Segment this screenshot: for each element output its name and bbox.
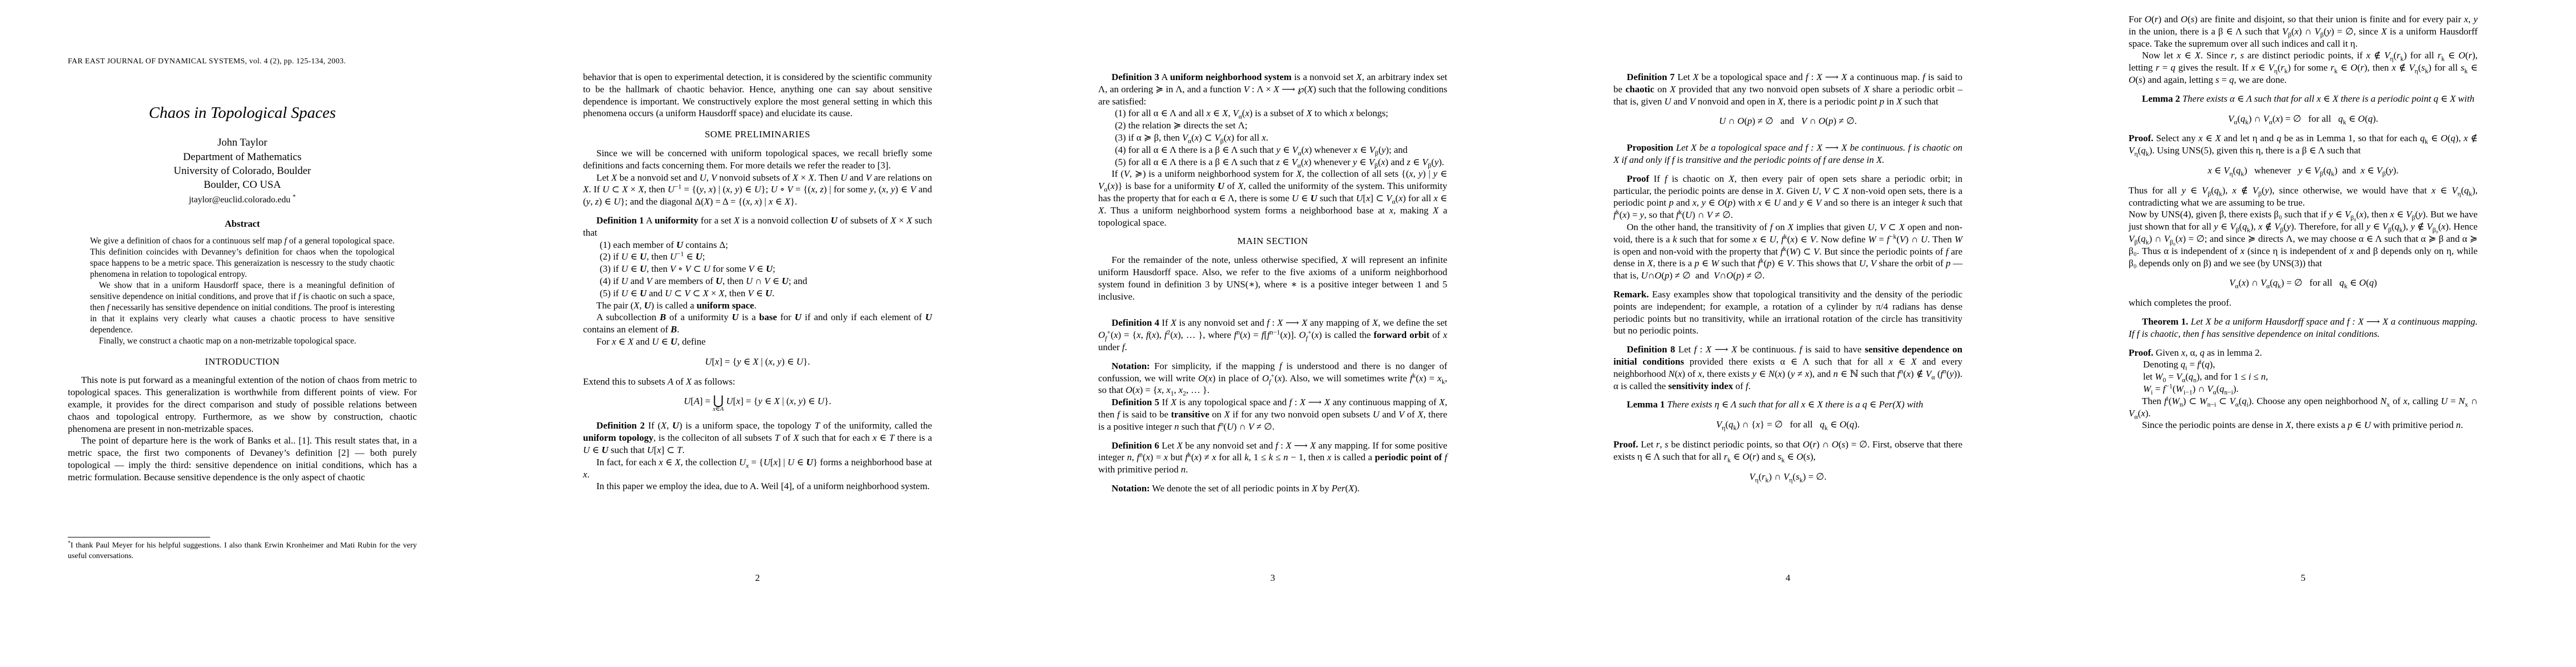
- condition-item: (5) for all α ∈ Λ there is a β ∈ Λ such …: [1098, 156, 1447, 168]
- author-affiliation: University of Colorado, Boulder: [68, 164, 417, 178]
- paragraph: Extend this to subsets A of X as follows…: [583, 376, 932, 388]
- paragraph: For the remainder of the note, unless ot…: [1098, 254, 1447, 302]
- condition-item: (4) if U and V are members of U, then U …: [583, 275, 932, 287]
- text-column: For O(r) and O(s) are finite and disjoin…: [2129, 13, 2478, 431]
- paragraph: Then fi(Wn) ⊂ Wn−i ⊂ Vα(qi). Choose any …: [2129, 395, 2478, 420]
- paragraph: Since we will be concerned with uniform …: [583, 147, 932, 172]
- proof-line: let W0 = Vα(qn), and for 1 ≤ i ≤ n,: [2143, 371, 2478, 383]
- section-heading: MAIN SECTION: [1098, 235, 1447, 247]
- paragraph: For x ∈ X and U ∈ U, define: [583, 336, 932, 348]
- paragraph: Proof. Select any x ∈ X and let η and q …: [2129, 132, 2478, 157]
- display-formula: U[A] = ⋃x∈A U[x] = {y ∈ X | (x, y) ∈ U}.: [583, 395, 932, 412]
- page-number: 4: [1613, 573, 1962, 584]
- journal-header: FAR EAST JOURNAL OF DYNAMICAL SYSTEMS, v…: [68, 56, 417, 68]
- proof-line: Wi = f−1(Wi−1) ∩ Vα(qn−i).: [2143, 383, 2478, 395]
- display-formula: U[x] = {y ∈ X | (x, y) ∈ U}.: [583, 356, 932, 368]
- condition-item: (4) for all α ∈ Λ there is a β ∈ Λ such …: [1098, 144, 1447, 156]
- paragraph: Thus for all y ∈ Vβ(qk), x ∉ Vβ(y), sinc…: [2129, 185, 2478, 209]
- paragraph: Proof. Let r, s be distinct periodic poi…: [1613, 439, 1962, 463]
- paragraph: Proof If f is chaotic on X, then every p…: [1613, 173, 1962, 221]
- paragraph: Theorem 1. Let X be a uniform Hausdorff …: [2129, 316, 2478, 340]
- condition-item: (5) if U ∈ U and U ⊂ V ⊂ X × X, then V ∈…: [583, 287, 932, 300]
- paragraph: Let X be a nonvoid set and U, V nonvoid …: [583, 172, 932, 208]
- paragraph: For O(r) and O(s) are finite and disjoin…: [2129, 13, 2478, 49]
- paragraph: Lemma 1 There exists η ∈ Λ such that for…: [1613, 399, 1962, 411]
- page-number: 3: [1098, 573, 1447, 584]
- page-number: 5: [2129, 573, 2478, 584]
- paragraph: Notation: We denote the set of all perio…: [1098, 482, 1447, 495]
- paragraph: which completes the proof.: [2129, 297, 2478, 309]
- paragraph: Definition 3 A uniform neighborhood syst…: [1098, 71, 1447, 107]
- paragraph: In fact, for each x ∈ X, the collection …: [583, 456, 932, 481]
- page-2: behavior that is open to experimental de…: [515, 0, 1030, 667]
- text-column: Definition 7 Let X be a topological spac…: [1613, 71, 1962, 490]
- abstract-paragraph: We give a definition of chaos for a cont…: [90, 236, 395, 280]
- proof-line: Denoting qi = fi(q),: [2143, 359, 2478, 371]
- paragraph: Definition 1 A uniformity for a set X is…: [583, 215, 932, 239]
- display-formula: U ∩ O(p) ≠ ∅ and V ∩ O(p) ≠ ∅.: [1613, 115, 1962, 127]
- text-column: FAR EAST JOURNAL OF DYNAMICAL SYSTEMS, v…: [68, 56, 417, 484]
- footnote: *I thank Paul Meyer for his helpful sugg…: [68, 537, 417, 561]
- condition-item: (3) if U ∈ U, then V ∘ V ⊂ U for some V …: [583, 263, 932, 275]
- section-heading: SOME PRELIMINARIES: [583, 128, 932, 141]
- paragraph: Since the periodic points are dense in X…: [2129, 419, 2478, 431]
- paragraph: Lemma 2 There exists α ∈ Λ such that for…: [2129, 93, 2478, 105]
- paragraph: On the other hand, the transitivity of f…: [1613, 221, 1962, 282]
- paragraph: Notation: For simplicity, if the mapping…: [1098, 360, 1447, 396]
- condition-item: (1) for all α ∈ Λ and all x ∈ X, Vα(x) i…: [1098, 107, 1447, 120]
- paragraph: In this paper we employ the idea, due to…: [583, 480, 932, 492]
- paragraph: The point of departure here is the work …: [68, 435, 417, 483]
- display-formula: Vη(rk) ∩ Vη(sk) = ∅.: [1613, 471, 1962, 483]
- display-formula: Vη(qk) ∩ {x} = ∅ for all qk ∈ O(q).: [1613, 419, 1962, 431]
- condition-item: (3) if α ≽ β, then Vα(x) ⊂ Vβ(x) for all…: [1098, 132, 1447, 144]
- paragraph: Definition 8 Let f : X ⟶ X be continuous…: [1613, 344, 1962, 392]
- condition-item: (2) if U ∈ U, then U−1 ∈ U;: [583, 251, 932, 263]
- display-formula: Vα(x) ∩ Vα(qk) = ∅ for all qk ∈ O(q): [2129, 277, 2478, 289]
- text-column: behavior that is open to experimental de…: [583, 71, 932, 492]
- document-canvas: arXiv:1308.2810v1 [math.DS] 13 Aug 2013 …: [0, 0, 2576, 667]
- author-affiliation: Department of Mathematics: [68, 150, 417, 164]
- page-4: Definition 7 Let X be a topological spac…: [1546, 0, 2061, 667]
- condition-item: (2) the relation ≽ directs the set Λ;: [1098, 120, 1447, 132]
- paragraph: Proof. Given x, α, q as in lemma 2.: [2129, 347, 2478, 359]
- page-5: For O(r) and O(s) are finite and disjoin…: [2061, 0, 2576, 667]
- paragraph: Definition 7 Let X be a topological spac…: [1613, 71, 1962, 107]
- paragraph: This note is put forward as a meaningful…: [68, 374, 417, 435]
- paragraph: Definition 5 If X is any topological spa…: [1098, 396, 1447, 432]
- section-heading: INTRODUCTION: [68, 356, 417, 368]
- display-formula: x ∈ Vη(qk) whenever y ∈ Vβ(qk) and x ∈ V…: [2129, 165, 2478, 177]
- abstract-paragraph: We show that in a uniform Hausdorff spac…: [90, 280, 395, 336]
- abstract-heading: Abstract: [68, 218, 417, 230]
- paragraph: Now let x ∈ X. Since r, s are distinct p…: [2129, 49, 2478, 86]
- page-3: Definition 3 A uniform neighborhood syst…: [1030, 0, 1546, 667]
- paragraph: Now by UNS(4), given β, there exists β₀ …: [2129, 208, 2478, 269]
- text-column: Definition 3 A uniform neighborhood syst…: [1098, 71, 1447, 495]
- page-1: FAR EAST JOURNAL OF DYNAMICAL SYSTEMS, v…: [0, 0, 515, 667]
- paragraph: The pair (X, U) is called a uniform spac…: [583, 300, 932, 312]
- paragraph: If (V, ≽) is a uniform neighborhood syst…: [1098, 168, 1447, 228]
- paragraph: Proposition Let X be a topological space…: [1613, 142, 1962, 166]
- author-name: John Taylor: [68, 136, 417, 150]
- paragraph: Definition 4 If X is any nonvoid set and…: [1098, 317, 1447, 353]
- paragraph: behavior that is open to experimental de…: [583, 71, 932, 120]
- author-email: jtaylor@euclid.colorado.edu *: [68, 194, 417, 206]
- condition-item: (1) each member of U contains Δ;: [583, 239, 932, 251]
- display-formula: Vα(qk) ∩ Vα(x) = ∅ for all qk ∈ O(q).: [2129, 113, 2478, 125]
- paper-title: Chaos in Topological Spaces: [68, 103, 417, 122]
- author-affiliation: Boulder, CO USA: [68, 178, 417, 192]
- paragraph: Remark. Easy examples show that topologi…: [1613, 288, 1962, 337]
- paragraph: Definition 6 Let X be any nonvoid set an…: [1098, 440, 1447, 476]
- paragraph: Definition 2 If (X, U) is a uniform spac…: [583, 420, 932, 456]
- paragraph: A subcollection B of a uniformity U is a…: [583, 311, 932, 336]
- abstract-paragraph: Finally, we construct a chaotic map on a…: [90, 336, 395, 347]
- page-number: 2: [583, 573, 932, 584]
